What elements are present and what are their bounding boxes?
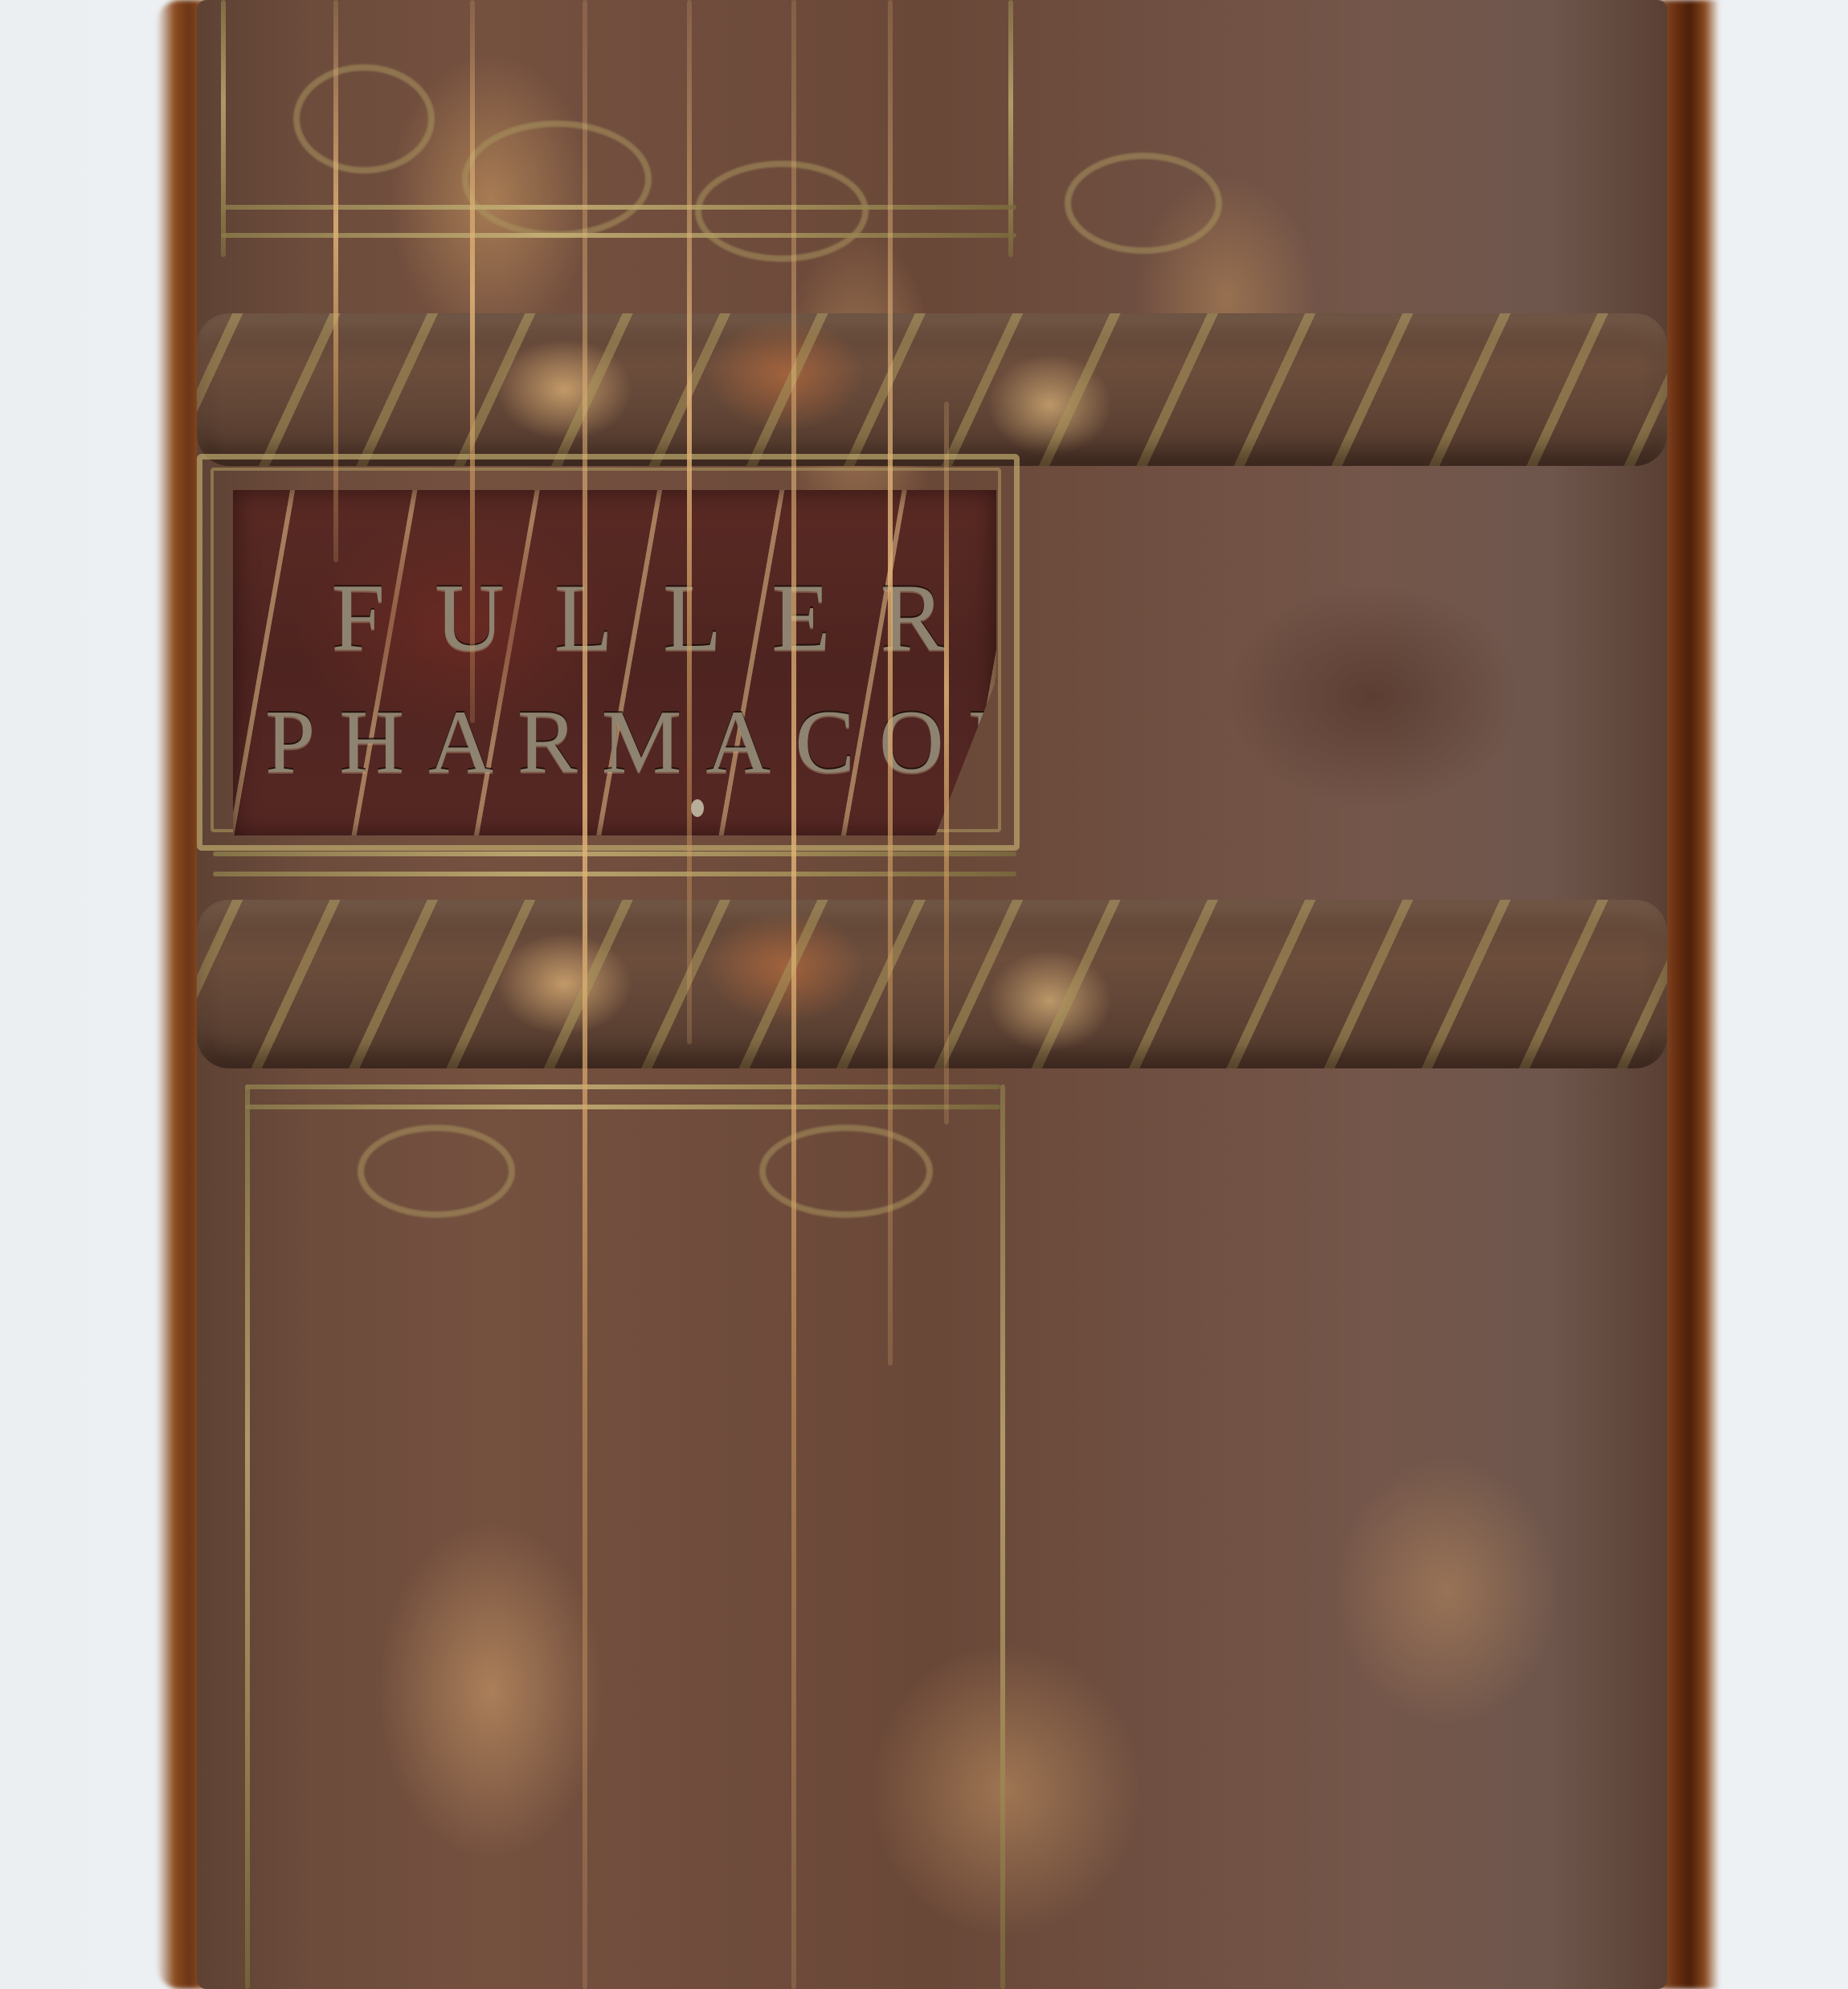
gilt-dot-ornament [691, 799, 704, 817]
leather-crack [687, 0, 692, 1044]
floral-ornament [462, 120, 652, 238]
floral-ornament [695, 161, 869, 262]
title-label: FULLER PHARMACOPO [233, 490, 996, 835]
gilt-rule [213, 852, 1016, 856]
book-spine: FULLER PHARMACOPO [197, 0, 1667, 1989]
photo-scene: FULLER PHARMACOPO [0, 0, 1848, 1989]
leather-crack [791, 0, 796, 1989]
raised-band [197, 900, 1667, 1068]
gilt-rule [245, 1084, 1000, 1089]
leather-crack [470, 0, 475, 723]
gilt-rule [213, 872, 1016, 876]
title-line-author: FULLER [233, 562, 1045, 673]
leather-crack [333, 0, 338, 562]
gilt-rule [221, 233, 1016, 238]
gilt-rule [221, 205, 1016, 210]
leather-crack [583, 0, 587, 1989]
gilt-border-left [221, 0, 226, 257]
floral-ornament [293, 64, 435, 174]
gilt-border-left [245, 1084, 250, 1989]
floral-ornament [759, 1125, 933, 1218]
raised-band [197, 313, 1667, 466]
leather-crack [888, 0, 893, 1366]
gilt-border-right [1008, 0, 1013, 257]
gilt-border-right [1000, 1084, 1005, 1989]
floral-ornament [358, 1125, 515, 1218]
leather-crack [944, 402, 949, 1125]
gilt-rule [245, 1105, 1000, 1109]
title-line-title: PHARMACOPO [233, 691, 1028, 794]
floral-ornament [1065, 153, 1222, 254]
